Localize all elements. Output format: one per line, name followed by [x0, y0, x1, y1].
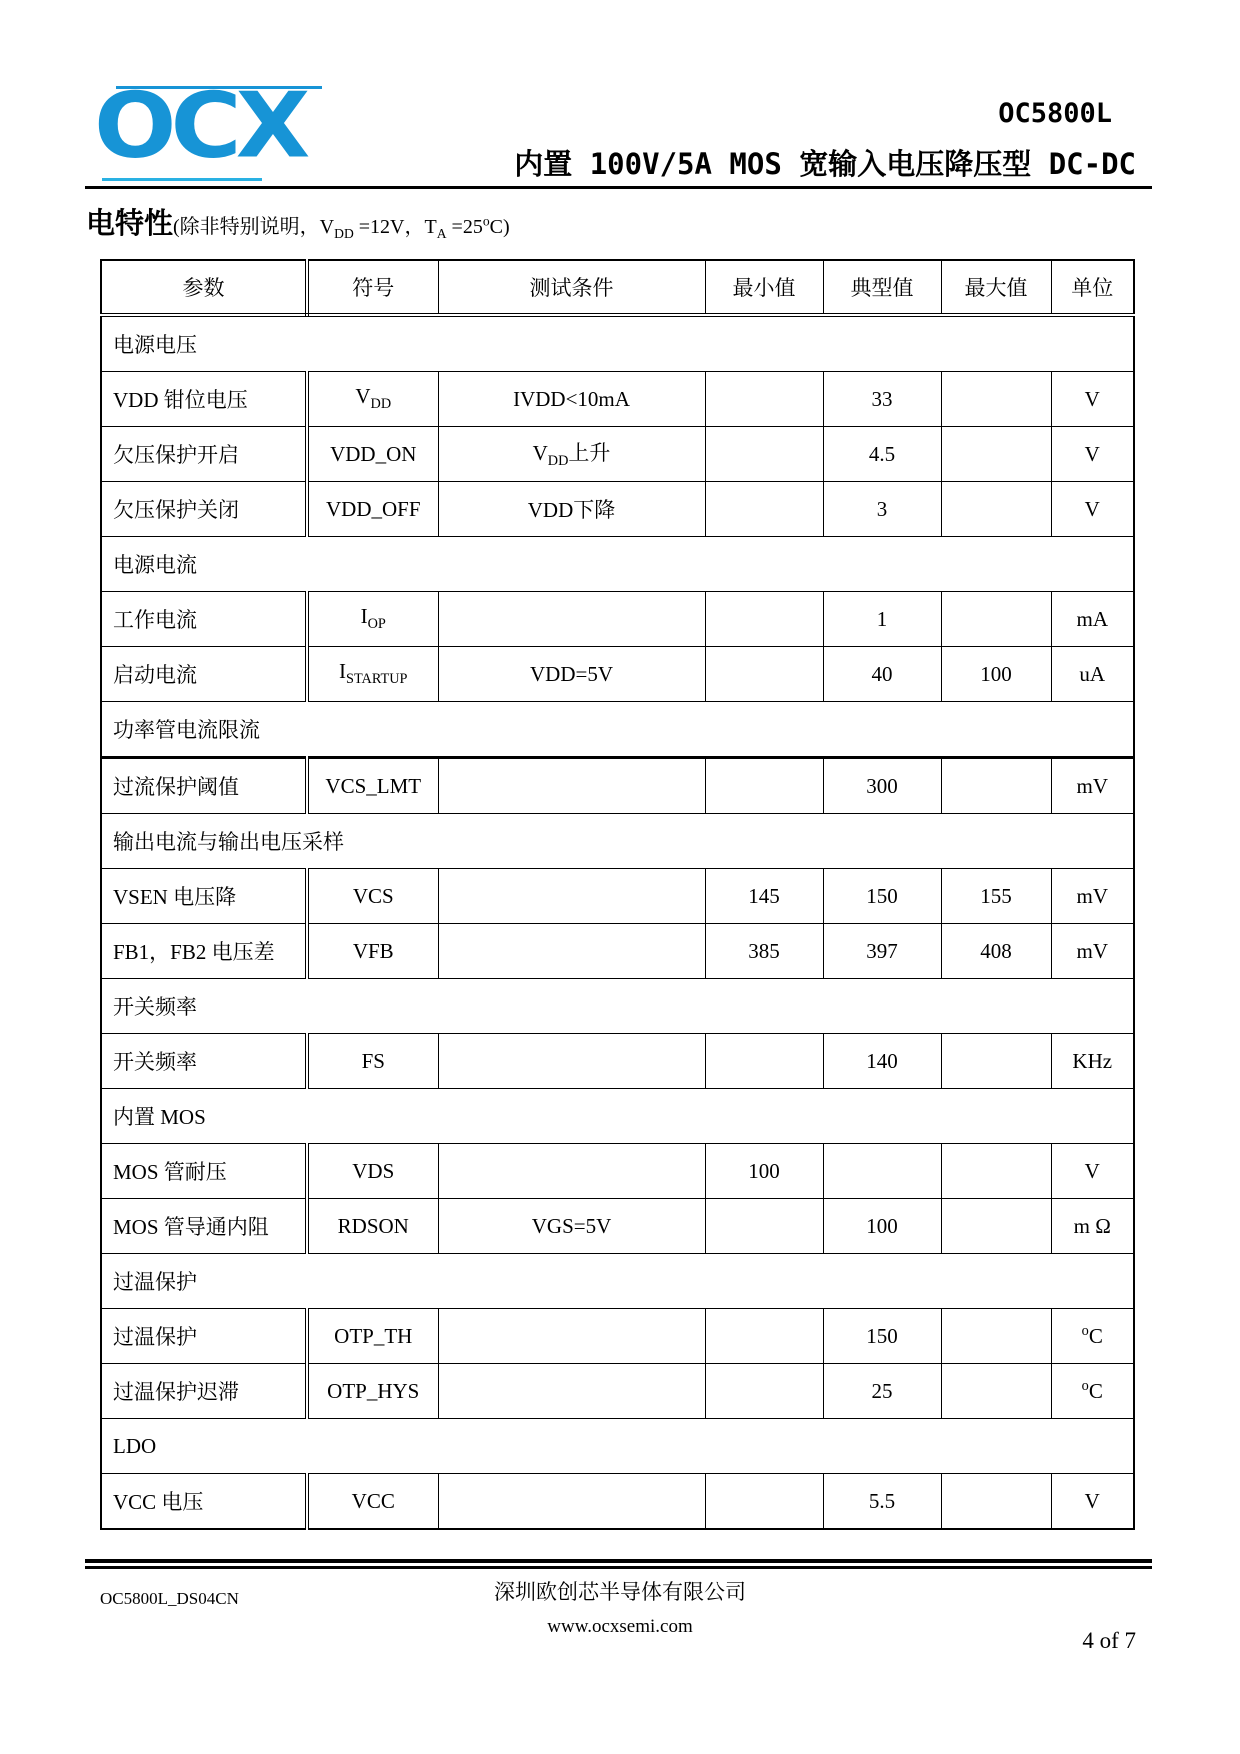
unit-cell: uA: [1051, 647, 1134, 702]
typ-cell: 150: [823, 1309, 941, 1364]
table-row: 过流保护阈值VCS_LMT300mV: [101, 758, 1134, 814]
condition-cell: [438, 1474, 705, 1530]
table-header-row: 参数 符号 测试条件 最小值 典型值 最大值 单位: [101, 260, 1134, 315]
section-label: 电源电流: [101, 537, 1134, 592]
section-label: 内置 MOS: [101, 1089, 1134, 1144]
symbol-cell: VCS_LMT: [307, 758, 438, 814]
table-row: 过温保护OTP_TH150oC: [101, 1309, 1134, 1364]
typ-cell: 150: [823, 869, 941, 924]
typ-cell: 397: [823, 924, 941, 979]
param-cell: 欠压保护开启: [101, 427, 307, 482]
typ-cell: 100: [823, 1199, 941, 1254]
unit-cell: V: [1051, 1144, 1134, 1199]
unit-cell: V: [1051, 372, 1134, 427]
unit-cell: V: [1051, 1474, 1134, 1530]
param-cell: VDD 钳位电压: [101, 372, 307, 427]
table-row: 启动电流ISTARTUPVDD=5V40100uA: [101, 647, 1134, 702]
min-cell: [705, 1364, 823, 1419]
min-cell: [705, 1309, 823, 1364]
company-logo: OCX: [92, 78, 342, 188]
table-row: 欠压保护开启VDD_ONVDD上升4.5V: [101, 427, 1134, 482]
param-cell: 开关频率: [101, 1034, 307, 1089]
section-label: 过温保护: [101, 1254, 1134, 1309]
min-cell: 145: [705, 869, 823, 924]
section-row: 电源电压: [101, 315, 1134, 372]
table-row: 过温保护迟滞OTP_HYS25oC: [101, 1364, 1134, 1419]
symbol-cell: ISTARTUP: [307, 647, 438, 702]
table-row: 工作电流IOP1mA: [101, 592, 1134, 647]
max-cell: [941, 482, 1051, 537]
section-row: 开关频率: [101, 979, 1134, 1034]
max-cell: [941, 1364, 1051, 1419]
table-row: MOS 管导通内阻RDSONVGS=5V100m Ω: [101, 1199, 1134, 1254]
condition-cell: [438, 869, 705, 924]
symbol-cell: IOP: [307, 592, 438, 647]
condition-cell: VDD上升: [438, 427, 705, 482]
max-cell: [941, 592, 1051, 647]
param-cell: VSEN 电压降: [101, 869, 307, 924]
table-row: MOS 管耐压VDS100V: [101, 1144, 1134, 1199]
param-cell: VCC 电压: [101, 1474, 307, 1530]
header-rule: [85, 186, 1152, 189]
condition-cell: [438, 592, 705, 647]
max-cell: 155: [941, 869, 1051, 924]
unit-cell: oC: [1051, 1309, 1134, 1364]
website-url: www.ocxsemi.com: [0, 1616, 1240, 1638]
min-cell: [705, 647, 823, 702]
symbol-cell: VFB: [307, 924, 438, 979]
typ-cell: 33: [823, 372, 941, 427]
part-number: OC5800L: [998, 99, 1112, 129]
typ-cell: 300: [823, 758, 941, 814]
section-title: 电特性: [86, 206, 173, 240]
min-cell: [705, 592, 823, 647]
max-cell: [941, 1199, 1051, 1254]
param-cell: 过温保护迟滞: [101, 1364, 307, 1419]
max-cell: [941, 1474, 1051, 1530]
table-row: VCC 电压VCC5.5V: [101, 1474, 1134, 1530]
section-note: (除非特别说明，VDD =12V，TA =25oC): [173, 216, 510, 238]
min-cell: [705, 1474, 823, 1530]
condition-cell: [438, 1144, 705, 1199]
section-row: LDO: [101, 1419, 1134, 1474]
col-header-typ: 典型值: [823, 260, 941, 315]
param-cell: 欠压保护关闭: [101, 482, 307, 537]
section-row: 过温保护: [101, 1254, 1134, 1309]
unit-cell: V: [1051, 427, 1134, 482]
unit-cell: m Ω: [1051, 1199, 1134, 1254]
symbol-cell: OTP_HYS: [307, 1364, 438, 1419]
table-row: 欠压保护关闭VDD_OFFVDD下降3V: [101, 482, 1134, 537]
param-cell: 过流保护阈值: [101, 758, 307, 814]
max-cell: [941, 1034, 1051, 1089]
condition-cell: VDD=5V: [438, 647, 705, 702]
symbol-cell: VDS: [307, 1144, 438, 1199]
condition-cell: [438, 1034, 705, 1089]
section-label: 电源电压: [101, 315, 1134, 372]
min-cell: [705, 427, 823, 482]
page-number: 4 of 7: [1082, 1628, 1136, 1654]
min-cell: [705, 1034, 823, 1089]
table-row: FB1，FB2 电压差VFB385397408mV: [101, 924, 1134, 979]
param-cell: MOS 管导通内阻: [101, 1199, 307, 1254]
condition-cell: [438, 758, 705, 814]
param-cell: FB1，FB2 电压差: [101, 924, 307, 979]
param-cell: MOS 管耐压: [101, 1144, 307, 1199]
min-cell: 100: [705, 1144, 823, 1199]
max-cell: [941, 758, 1051, 814]
doc-subtitle: 内置 100V/5A MOS 宽输入电压降压型 DC-DC: [514, 149, 1136, 181]
table-row: VDD 钳位电压VDDIVDD<10mA33V: [101, 372, 1134, 427]
typ-cell: 5.5: [823, 1474, 941, 1530]
table-row: VSEN 电压降VCS145150155mV: [101, 869, 1134, 924]
section-label: 输出电流与输出电压采样: [101, 814, 1134, 869]
section-label: LDO: [101, 1419, 1134, 1474]
col-header-symbol: 符号: [307, 260, 438, 315]
unit-cell: V: [1051, 482, 1134, 537]
section-row: 电源电流: [101, 537, 1134, 592]
typ-cell: 40: [823, 647, 941, 702]
symbol-cell: VDD_OFF: [307, 482, 438, 537]
condition-cell: [438, 1364, 705, 1419]
section-row: 输出电流与输出电压采样: [101, 814, 1134, 869]
unit-cell: KHz: [1051, 1034, 1134, 1089]
typ-cell: [823, 1144, 941, 1199]
max-cell: [941, 1144, 1051, 1199]
col-header-unit: 单位: [1051, 260, 1134, 315]
max-cell: 408: [941, 924, 1051, 979]
electrical-characteristics-heading: 电特性(除非特别说明，VDD =12V，TA =25oC): [86, 201, 510, 242]
typ-cell: 140: [823, 1034, 941, 1089]
col-header-min: 最小值: [705, 260, 823, 315]
param-cell: 工作电流: [101, 592, 307, 647]
condition-cell: VDD下降: [438, 482, 705, 537]
min-cell: [705, 482, 823, 537]
max-cell: 100: [941, 647, 1051, 702]
typ-cell: 4.5: [823, 427, 941, 482]
section-row: 功率管电流限流: [101, 702, 1134, 758]
condition-cell: [438, 924, 705, 979]
symbol-cell: VDD: [307, 372, 438, 427]
footer-rule: [85, 1559, 1152, 1569]
logo-text: OCX: [94, 80, 304, 170]
col-header-param: 参数: [101, 260, 307, 315]
logo-bottom-line: [102, 178, 262, 181]
max-cell: [941, 372, 1051, 427]
condition-cell: IVDD<10mA: [438, 372, 705, 427]
condition-cell: [438, 1309, 705, 1364]
company-name: 深圳欧创芯半导体有限公司: [0, 1576, 1240, 1606]
max-cell: [941, 427, 1051, 482]
col-header-condition: 测试条件: [438, 260, 705, 315]
col-header-max: 最大值: [941, 260, 1051, 315]
spec-table: 参数 符号 测试条件 最小值 典型值 最大值 单位 电源电压VDD 钳位电压VD…: [100, 259, 1135, 1530]
section-label: 功率管电流限流: [101, 702, 1134, 758]
max-cell: [941, 1309, 1051, 1364]
section-row: 内置 MOS: [101, 1089, 1134, 1144]
datasheet-page: OCX OC5800L 内置 100V/5A MOS 宽输入电压降压型 DC-D…: [0, 0, 1240, 1754]
section-label: 开关频率: [101, 979, 1134, 1034]
unit-cell: mV: [1051, 869, 1134, 924]
symbol-cell: OTP_TH: [307, 1309, 438, 1364]
param-cell: 过温保护: [101, 1309, 307, 1364]
param-cell: 启动电流: [101, 647, 307, 702]
min-cell: [705, 1199, 823, 1254]
symbol-cell: FS: [307, 1034, 438, 1089]
symbol-cell: VCS: [307, 869, 438, 924]
min-cell: 385: [705, 924, 823, 979]
unit-cell: mV: [1051, 924, 1134, 979]
typ-cell: 3: [823, 482, 941, 537]
symbol-cell: VCC: [307, 1474, 438, 1530]
symbol-cell: RDSON: [307, 1199, 438, 1254]
table-row: 开关频率FS140KHz: [101, 1034, 1134, 1089]
typ-cell: 25: [823, 1364, 941, 1419]
unit-cell: mV: [1051, 758, 1134, 814]
condition-cell: VGS=5V: [438, 1199, 705, 1254]
symbol-cell: VDD_ON: [307, 427, 438, 482]
unit-cell: oC: [1051, 1364, 1134, 1419]
unit-cell: mA: [1051, 592, 1134, 647]
typ-cell: 1: [823, 592, 941, 647]
min-cell: [705, 372, 823, 427]
min-cell: [705, 758, 823, 814]
